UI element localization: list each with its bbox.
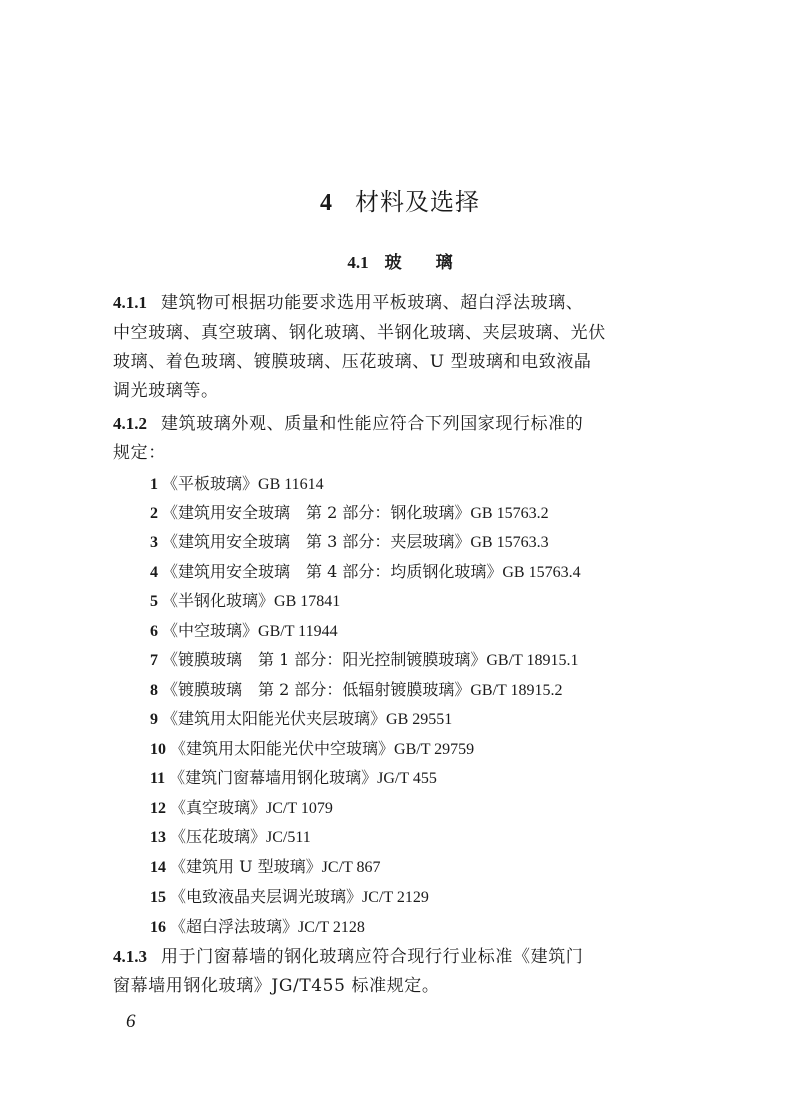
standard-code: JC/T 2128 (298, 919, 365, 936)
standard-title: 《半钢化玻璃》 (162, 591, 274, 610)
standard-code: GB/T 18915.2 (470, 682, 562, 699)
clause-4-1-3-line-1: 4.1.3用于门窗幕墙的钢化玻璃应符合现行行业标准《建筑门 (113, 945, 669, 969)
list-item-number: 10 (150, 738, 166, 762)
clause-4-1-1-line-1: 4.1.1建筑物可根据功能要求选用平板玻璃、超白浮法玻璃、 (113, 291, 669, 315)
standard-title: 《建筑用 U 型玻璃》 (170, 857, 322, 876)
list-item-number: 7 (150, 649, 158, 673)
list-item-number: 2 (150, 502, 158, 526)
clause-number: 4.1.2 (113, 414, 147, 433)
standard-title: 《建筑用安全玻璃 第 2 部分：钢化玻璃》 (162, 503, 470, 522)
list-item: 13《压花玻璃》JC/511 (150, 825, 311, 850)
standard-title: 《建筑用太阳能光伏夹层玻璃》 (162, 709, 386, 728)
standard-code: GB/T 18915.1 (486, 652, 578, 669)
list-item-number: 8 (150, 679, 158, 703)
list-item-number: 14 (150, 856, 166, 880)
clause-4-1-1-line-4: 调光玻璃等。 (113, 379, 669, 403)
clause-text: 建筑物可根据功能要求选用平板玻璃、超白浮法玻璃、 (161, 293, 583, 313)
list-item: 2《建筑用安全玻璃 第 2 部分：钢化玻璃》GB 15763.2 (150, 501, 549, 526)
standard-title: 《建筑用安全玻璃 第 4 部分：均质钢化玻璃》 (162, 562, 502, 581)
list-item: 8《镀膜玻璃 第 2 部分：低辐射镀膜玻璃》GB/T 18915.2 (150, 678, 563, 703)
standard-code: GB 15763.4 (502, 564, 580, 581)
standard-title: 《超白浮法玻璃》 (170, 917, 298, 936)
standard-title: 《平板玻璃》 (162, 474, 258, 493)
standard-title: 《真空玻璃》 (170, 798, 266, 817)
clause-4-1-2-line-2: 规定： (113, 441, 669, 465)
standard-title: 《建筑门窗幕墙用钢化玻璃》 (169, 768, 377, 787)
list-item-number: 6 (150, 620, 158, 644)
standard-title: 《压花玻璃》 (170, 827, 266, 846)
standard-code: JC/T 867 (322, 859, 381, 876)
document-page: 4材料及选择 4.1玻璃 4.1.1建筑物可根据功能要求选用平板玻璃、超白浮法玻… (0, 0, 800, 1120)
clause-number: 4.1.3 (113, 947, 147, 966)
list-item: 16《超白浮法玻璃》JC/T 2128 (150, 915, 365, 940)
standard-title: 《镀膜玻璃 第 1 部分：阳光控制镀膜玻璃》 (162, 650, 486, 669)
list-item-number: 16 (150, 916, 166, 940)
chapter-number: 4 (320, 190, 333, 216)
list-item: 15《电致液晶夹层调光玻璃》JC/T 2129 (150, 885, 429, 910)
clause-number: 4.1.1 (113, 293, 147, 312)
standard-title: 《电致液晶夹层调光玻璃》 (170, 887, 362, 906)
page-number: 6 (126, 1010, 136, 1034)
standard-code: JC/511 (266, 829, 311, 846)
list-item-number: 3 (150, 531, 158, 555)
list-item: 11《建筑门窗幕墙用钢化玻璃》JG/T 455 (150, 766, 437, 791)
list-item: 1《平板玻璃》GB 11614 (150, 472, 324, 497)
list-item: 6《中空玻璃》GB/T 11944 (150, 619, 338, 644)
standard-title: 《中空玻璃》 (162, 621, 258, 640)
chapter-title-text: 材料及选择 (355, 188, 480, 216)
section-title-char-2: 璃 (436, 253, 453, 273)
list-item-number: 11 (150, 767, 165, 791)
section-number: 4.1 (347, 253, 368, 272)
list-item: 10《建筑用太阳能光伏中空玻璃》GB/T 29759 (150, 737, 474, 762)
standard-code: GB 29551 (386, 711, 452, 728)
list-item-number: 9 (150, 708, 158, 732)
list-item: 7《镀膜玻璃 第 1 部分：阳光控制镀膜玻璃》GB/T 18915.1 (150, 648, 579, 673)
list-item: 5《半钢化玻璃》GB 17841 (150, 589, 340, 614)
standard-title: 《镀膜玻璃 第 2 部分：低辐射镀膜玻璃》 (162, 680, 470, 699)
standard-code: GB 15763.2 (470, 505, 548, 522)
list-item-number: 13 (150, 826, 166, 850)
standard-code: GB/T 29759 (394, 741, 474, 758)
clause-text: 建筑玻璃外观、质量和性能应符合下列国家现行标准的 (161, 414, 583, 434)
standard-code: GB/T 11944 (258, 623, 338, 640)
list-item: 12《真空玻璃》JC/T 1079 (150, 796, 333, 821)
list-item-number: 15 (150, 886, 166, 910)
list-item-number: 4 (150, 561, 158, 585)
standard-code: GB 11614 (258, 476, 324, 493)
standard-code: JC/T 1079 (266, 800, 333, 817)
clause-text: 用于门窗幕墙的钢化玻璃应符合现行行业标准《建筑门 (161, 947, 583, 967)
section-title: 4.1玻璃 (0, 250, 800, 276)
list-item: 3《建筑用安全玻璃 第 3 部分：夹层玻璃》GB 15763.3 (150, 530, 549, 555)
standard-code: JC/T 2129 (362, 889, 429, 906)
list-item-number: 12 (150, 797, 166, 821)
standard-title: 《建筑用安全玻璃 第 3 部分：夹层玻璃》 (162, 532, 470, 551)
standard-code: GB 15763.3 (470, 534, 548, 551)
section-title-char-1: 玻 (385, 253, 402, 273)
list-item-number: 1 (150, 473, 158, 497)
list-item: 4《建筑用安全玻璃 第 4 部分：均质钢化玻璃》GB 15763.4 (150, 560, 581, 585)
standard-code: GB 17841 (274, 593, 340, 610)
chapter-title: 4材料及选择 (0, 186, 800, 219)
clause-4-1-1-line-3: 玻璃、着色玻璃、镀膜玻璃、压花玻璃、U 型玻璃和电致液晶 (113, 350, 669, 374)
standard-title: 《建筑用太阳能光伏中空玻璃》 (170, 739, 394, 758)
clause-4-1-1-line-2: 中空玻璃、真空玻璃、钢化玻璃、半钢化玻璃、夹层玻璃、光伏 (113, 321, 669, 345)
clause-4-1-3-line-2: 窗幕墙用钢化玻璃》JG/T455 标准规定。 (113, 974, 669, 998)
list-item: 9《建筑用太阳能光伏夹层玻璃》GB 29551 (150, 707, 452, 732)
clause-4-1-2-line-1: 4.1.2建筑玻璃外观、质量和性能应符合下列国家现行标准的 (113, 412, 669, 436)
list-item-number: 5 (150, 590, 158, 614)
standard-code: JG/T 455 (377, 770, 437, 787)
list-item: 14《建筑用 U 型玻璃》JC/T 867 (150, 855, 381, 880)
